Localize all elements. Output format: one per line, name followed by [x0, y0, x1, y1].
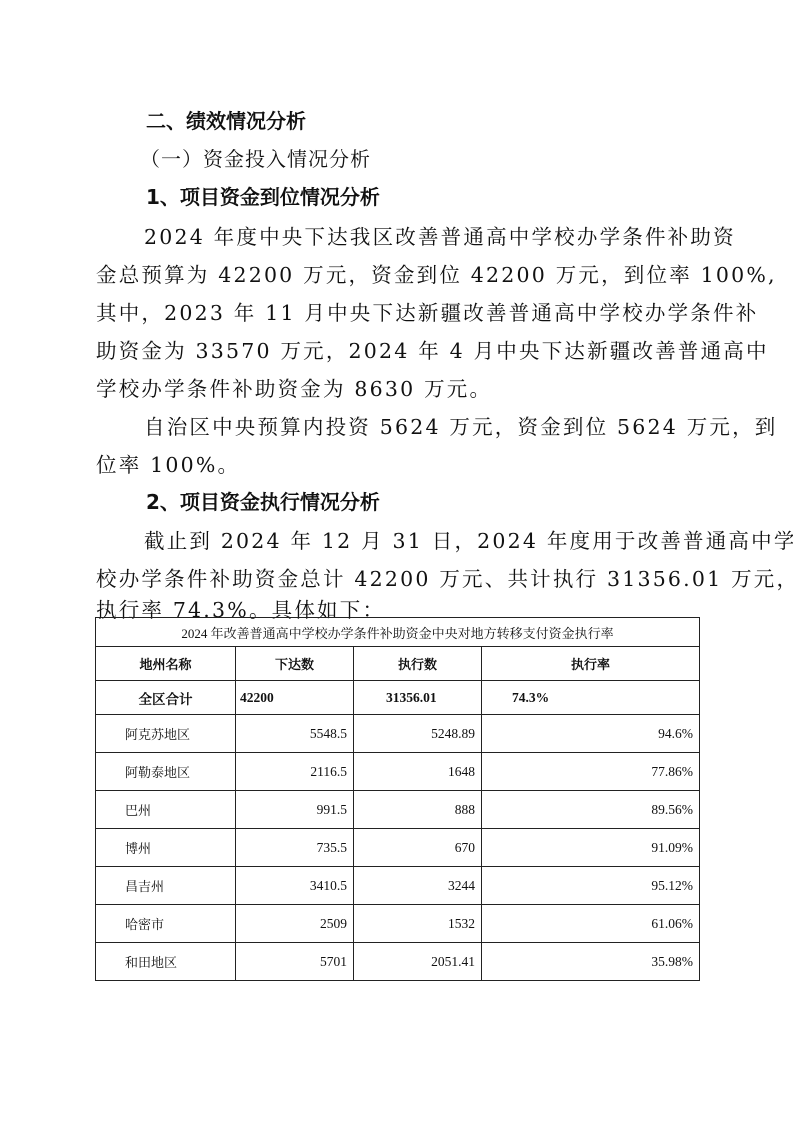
executed-value: 888	[354, 791, 482, 829]
paragraph-line: 校办学条件补助资金总计 42200 万元、共计执行 31356.01 万元，	[96, 562, 793, 592]
column-header: 下达数	[236, 647, 354, 681]
region-name: 阿勒泰地区	[96, 753, 236, 791]
region-name: 博州	[96, 829, 236, 867]
paragraph-line: 自治区中央预算内投资 5624 万元，资金到位 5624 万元，到	[144, 410, 778, 440]
rate-value: 95.12%	[482, 867, 700, 905]
item1-heading: 1、项目资金到位情况分析	[146, 181, 380, 210]
executed-value: 5248.89	[354, 715, 482, 753]
allocated-value: 5701	[236, 943, 354, 981]
execution-rate-table: 2024 年改善普通高中学校办学条件补助资金中央对地方转移支付资金执行率 地州名…	[95, 617, 700, 981]
subsection-heading: （一）资金投入情况分析	[140, 143, 371, 172]
region-name: 和田地区	[96, 943, 236, 981]
executed-value: 2051.41	[354, 943, 482, 981]
allocated-value: 2509	[236, 905, 354, 943]
rate-value: 91.09%	[482, 829, 700, 867]
rate-value: 35.98%	[482, 943, 700, 981]
region-name: 哈密市	[96, 905, 236, 943]
allocated-value: 735.5	[236, 829, 354, 867]
paragraph-line: 学校办学条件补助资金为 8630 万元。	[96, 372, 492, 402]
total-executed: 31356.01	[354, 681, 482, 715]
table-total-row: 全区合计 42200 31356.01 74.3%	[96, 681, 700, 715]
item2-heading: 2、项目资金执行情况分析	[146, 486, 380, 515]
table-title-row: 2024 年改善普通高中学校办学条件补助资金中央对地方转移支付资金执行率	[96, 618, 700, 647]
executed-value: 3244	[354, 867, 482, 905]
allocated-value: 3410.5	[236, 867, 354, 905]
paragraph-line: 2024 年度中央下达我区改善普通高中学校办学条件补助资	[144, 220, 736, 250]
paragraph-line: 截止到 2024 年 12 月 31 日，2024 年度用于改善普通高中学	[144, 524, 793, 554]
table-row: 博州 735.5 670 91.09%	[96, 829, 700, 867]
table-row: 阿克苏地区 5548.5 5248.89 94.6%	[96, 715, 700, 753]
total-rate: 74.3%	[482, 681, 700, 715]
paragraph-line: 助资金为 33570 万元，2024 年 4 月中央下达新疆改善普通高中	[96, 334, 769, 364]
table-row: 阿勒泰地区 2116.5 1648 77.86%	[96, 753, 700, 791]
rate-value: 77.86%	[482, 753, 700, 791]
table-title: 2024 年改善普通高中学校办学条件补助资金中央对地方转移支付资金执行率	[96, 618, 700, 647]
region-name: 阿克苏地区	[96, 715, 236, 753]
column-header: 地州名称	[96, 647, 236, 681]
table-row: 昌吉州 3410.5 3244 95.12%	[96, 867, 700, 905]
table-header-row: 地州名称 下达数 执行数 执行率	[96, 647, 700, 681]
allocated-value: 2116.5	[236, 753, 354, 791]
paragraph-line: 金总预算为 42200 万元，资金到位 42200 万元，到位率 100%,	[96, 258, 777, 288]
paragraph-line: 其中，2023 年 11 月中央下达新疆改善普通高中学校办学条件补	[96, 296, 758, 326]
rate-value: 89.56%	[482, 791, 700, 829]
table-row: 哈密市 2509 1532 61.06%	[96, 905, 700, 943]
column-header: 执行率	[482, 647, 700, 681]
paragraph-line: 位率 100%。	[96, 448, 240, 478]
column-header: 执行数	[354, 647, 482, 681]
executed-value: 1532	[354, 905, 482, 943]
executed-value: 670	[354, 829, 482, 867]
allocated-value: 991.5	[236, 791, 354, 829]
region-name: 昌吉州	[96, 867, 236, 905]
allocated-value: 5548.5	[236, 715, 354, 753]
table-row: 巴州 991.5 888 89.56%	[96, 791, 700, 829]
table-row: 和田地区 5701 2051.41 35.98%	[96, 943, 700, 981]
rate-value: 61.06%	[482, 905, 700, 943]
total-label: 全区合计	[96, 681, 236, 715]
total-allocated: 42200	[236, 681, 354, 715]
executed-value: 1648	[354, 753, 482, 791]
section-heading: 二、绩效情况分析	[146, 105, 306, 134]
rate-value: 94.6%	[482, 715, 700, 753]
region-name: 巴州	[96, 791, 236, 829]
